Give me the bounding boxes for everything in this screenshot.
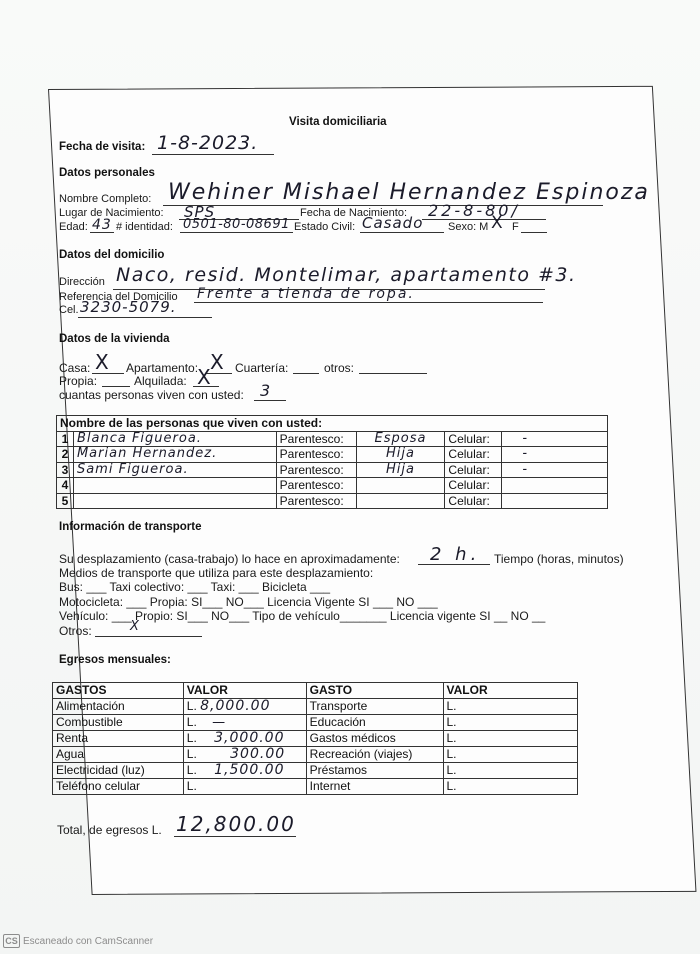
member-name[interactable] xyxy=(73,478,276,494)
currency-prefix: L. xyxy=(447,731,457,745)
household-table: Nombre de las personas que viven con ust… xyxy=(56,415,608,509)
expense-value-cell[interactable]: L. 3,000.00 xyxy=(183,730,306,746)
table-row: Teléfono celular L. Internet L. xyxy=(53,778,578,794)
currency-prefix: L. xyxy=(447,715,457,729)
domicile-heading: Datos del domicilio xyxy=(59,249,164,261)
expense-value-cell[interactable]: L. xyxy=(443,778,578,794)
expense-value-cell[interactable]: L. xyxy=(183,778,306,794)
header-valor-2: VALOR xyxy=(443,683,578,699)
expense-value-cell[interactable]: L. 8,000.00 xyxy=(183,698,306,714)
currency-prefix: L. xyxy=(187,731,197,745)
others-underline xyxy=(95,636,202,637)
apartamento-checkmark[interactable]: X xyxy=(210,352,224,372)
visit-date-value[interactable]: 1-8-2023. xyxy=(157,132,258,154)
total-value[interactable]: 12,800.00 xyxy=(176,812,296,836)
expense-item: Préstamos xyxy=(306,762,443,778)
table-row: 2 Marian Hernandez. Parentesco: Hija Cel… xyxy=(57,447,608,463)
sex-label: Sexo: M xyxy=(448,221,488,233)
age-underline xyxy=(90,232,114,233)
expenses-heading: Egresos mensuales: xyxy=(59,654,171,666)
header-valor: VALOR xyxy=(183,683,306,699)
member-relationship[interactable]: Esposa xyxy=(356,431,445,447)
scanner-watermark: CS Escaneado con CamScanner xyxy=(3,934,153,948)
sex-f-underline[interactable] xyxy=(521,232,547,233)
transport-moto-line[interactable]: Motocicleta: ___ Propia: SI___ NO___ Lic… xyxy=(59,595,438,609)
total-underline xyxy=(174,836,296,837)
table-row: Electricidad (luz) L. 1,500.00 Préstamos… xyxy=(53,762,578,778)
row-number: 1 xyxy=(57,431,74,447)
id-value[interactable]: 0501-80-08691 xyxy=(183,217,290,232)
phone-label: Celular: xyxy=(445,447,502,463)
phone-value[interactable]: 3230-5079. xyxy=(80,298,177,316)
visit-date-label: Fecha de visita: xyxy=(59,141,145,153)
expense-value-cell[interactable]: L. xyxy=(443,762,578,778)
expense-value-cell[interactable]: L. 300.00 xyxy=(183,746,306,762)
propia-label: Propia: xyxy=(59,374,97,388)
expense-item: Electricidad (luz) xyxy=(53,762,184,778)
row-number: 2 xyxy=(57,447,74,463)
expense-value-cell[interactable]: L. — xyxy=(183,714,306,730)
means-label: Medios de transporte que utiliza para es… xyxy=(59,566,373,580)
currency-prefix: L. xyxy=(447,763,457,777)
header-gastos: GASTOS xyxy=(53,683,184,699)
expense-value[interactable]: 3,000.00 xyxy=(200,730,284,746)
full-name-value[interactable]: Wehiner Mishael Hernandez Espinoza xyxy=(168,180,650,205)
relationship-label: Parentesco: xyxy=(276,478,356,494)
currency-prefix: L. xyxy=(187,747,197,761)
expense-value-cell[interactable]: L. xyxy=(443,730,578,746)
total-label: Total, de egresos L. xyxy=(57,823,162,837)
civil-status-value[interactable]: Casado xyxy=(362,214,423,232)
transport-bus-line[interactable]: Bus: ___ Taxi colectivo: ___ Taxi: ___ B… xyxy=(59,580,330,594)
otros-underline[interactable] xyxy=(359,373,427,374)
form-title: Visita domiciliaria xyxy=(289,116,387,128)
phone-label: Celular: xyxy=(445,478,502,494)
expense-value[interactable]: — xyxy=(200,715,226,730)
age-value[interactable]: 43 xyxy=(92,217,112,233)
expense-item: Combustible xyxy=(53,714,184,730)
expense-value[interactable]: 8,000.00 xyxy=(200,698,270,714)
otros-label: otros: xyxy=(324,361,354,375)
household-header: Nombre de las personas que viven con ust… xyxy=(57,416,608,432)
alquilada-underline xyxy=(193,386,219,387)
personal-heading: Datos personales xyxy=(59,167,155,179)
age-label: Edad: xyxy=(59,221,88,233)
expense-item: Transporte xyxy=(306,698,443,714)
others-value[interactable]: X xyxy=(130,619,140,634)
expense-value[interactable]: 1,500.00 xyxy=(200,762,284,778)
member-name[interactable] xyxy=(73,493,276,509)
header-gasto: GASTO xyxy=(306,683,443,699)
people-count-underline xyxy=(254,400,286,401)
full-name-label: Nombre Completo: xyxy=(59,193,151,205)
member-phone[interactable]: - xyxy=(502,462,608,478)
row-number: 3 xyxy=(57,462,74,478)
currency-prefix: L. xyxy=(187,699,197,713)
currency-prefix: L. xyxy=(187,763,197,777)
alquilada-checkmark[interactable]: X xyxy=(197,367,211,387)
sex-m-checkmark[interactable]: X xyxy=(491,215,503,232)
row-number: 4 xyxy=(57,478,74,494)
phone-label: Celular: xyxy=(445,462,502,478)
sex-f-label: F xyxy=(512,221,519,233)
member-name[interactable]: Marian Hernandez. xyxy=(73,447,276,463)
phone-label: Celular: xyxy=(445,431,502,447)
id-underline xyxy=(180,232,293,233)
currency-prefix: L. xyxy=(447,747,457,761)
relationship-label: Parentesco: xyxy=(276,447,356,463)
row-number: 5 xyxy=(57,493,74,509)
expense-item: Recreación (viajes) xyxy=(306,746,443,762)
table-row: 5 Parentesco: Celular: xyxy=(57,493,608,509)
expense-item: Internet xyxy=(306,778,443,794)
phone-underline xyxy=(78,317,212,318)
member-relationship[interactable] xyxy=(356,478,445,494)
expense-value-cell[interactable]: L. xyxy=(443,714,578,730)
expense-item: Educación xyxy=(306,714,443,730)
expenses-table: GASTOS VALOR GASTO VALOR Alimentación L.… xyxy=(52,682,578,795)
member-relationship[interactable]: Hija xyxy=(356,447,445,463)
casa-label: Casa: xyxy=(59,361,90,375)
apartamento-label: Apartamento: xyxy=(126,361,198,375)
civil-status-label: Estado Civil: xyxy=(294,221,355,233)
member-phone[interactable]: - xyxy=(502,431,608,447)
currency-prefix: L. xyxy=(187,779,197,793)
address-label: Dirección xyxy=(59,276,105,288)
table-row: 3 Sami Figueroa. Parentesco: Hija Celula… xyxy=(57,462,608,478)
relationship-label: Parentesco: xyxy=(276,462,356,478)
id-label: # identidad: xyxy=(116,221,173,233)
member-name[interactable]: Blanca Figueroa. xyxy=(73,431,276,447)
people-count-label: cuantas personas viven con usted: xyxy=(59,388,244,402)
member-relationship[interactable] xyxy=(356,493,445,509)
relationship-label: Parentesco: xyxy=(276,493,356,509)
member-name[interactable]: Sami Figueroa. xyxy=(73,462,276,478)
currency-prefix: L. xyxy=(187,715,197,729)
relationship-label: Parentesco: xyxy=(276,431,356,447)
commute-value[interactable]: 2 h. xyxy=(430,544,480,565)
expense-value-cell[interactable]: L. xyxy=(443,746,578,762)
visit-date-underline xyxy=(152,154,274,155)
commute-suffix: Tiempo (horas, minutos) xyxy=(494,552,624,566)
form-content: Visita domiciliaria Fecha de visita: 1-8… xyxy=(0,0,700,954)
others-label: Otros: xyxy=(59,624,92,638)
commute-label: Su desplazamiento (casa-trabajo) lo hace… xyxy=(59,552,400,566)
housing-heading: Datos de la vivienda xyxy=(59,333,170,345)
birthdate-value[interactable]: 22-8-80/ xyxy=(428,201,520,220)
people-count-value[interactable]: 3 xyxy=(260,381,271,400)
cuarteria-underline[interactable] xyxy=(293,373,319,374)
household-header-row: Nombre de las personas que viven con ust… xyxy=(57,416,608,432)
table-row: Agua L. 300.00 Recreación (viajes) L. xyxy=(53,746,578,762)
camscanner-logo-icon: CS xyxy=(3,934,20,948)
expenses-header-row: GASTOS VALOR GASTO VALOR xyxy=(53,683,578,699)
cuarteria-label: Cuartería: xyxy=(235,361,288,375)
transport-heading: Información de transporte xyxy=(59,521,202,533)
commute-underline xyxy=(418,564,490,565)
civil-status-underline xyxy=(360,232,444,233)
table-row: 4 Parentesco: Celular: xyxy=(57,478,608,494)
full-name-underline xyxy=(163,205,603,206)
currency-prefix: L. xyxy=(447,699,457,713)
table-row: Combustible L. — Educación L. xyxy=(53,714,578,730)
expense-item: Gastos médicos xyxy=(306,730,443,746)
member-phone[interactable] xyxy=(502,493,608,509)
table-row: Alimentación L. 8,000.00 Transporte L. xyxy=(53,698,578,714)
casa-checkmark[interactable]: X xyxy=(95,352,109,372)
expense-item: Renta xyxy=(53,730,184,746)
reference-underline xyxy=(194,302,543,303)
watermark-text: Escaneado con CamScanner xyxy=(23,936,153,947)
alquilada-label: Alquilada: xyxy=(134,374,187,388)
member-relationship[interactable]: Hija xyxy=(356,462,445,478)
expense-value-cell[interactable]: L. xyxy=(443,698,578,714)
currency-prefix: L. xyxy=(447,779,457,793)
scanned-page: Visita domiciliaria Fecha de visita: 1-8… xyxy=(0,0,700,954)
expense-value[interactable]: 300.00 xyxy=(200,746,285,762)
phone-label: Cel. xyxy=(59,304,79,316)
birthdate-underline xyxy=(422,219,546,220)
member-phone[interactable] xyxy=(502,478,608,494)
expense-item: Agua xyxy=(53,746,184,762)
phone-label: Celular: xyxy=(445,493,502,509)
table-row: 1 Blanca Figueroa. Parentesco: Esposa Ce… xyxy=(57,431,608,447)
table-row: Renta L. 3,000.00 Gastos médicos L. xyxy=(53,730,578,746)
expense-item: Alimentación xyxy=(53,698,184,714)
propia-underline[interactable] xyxy=(102,386,130,387)
address-value[interactable]: Naco, resid. Montelimar, apartamento #3. xyxy=(116,264,577,286)
reference-value[interactable]: Frente a tienda de ropa. xyxy=(197,286,415,302)
member-phone[interactable]: - xyxy=(502,447,608,463)
expense-value-cell[interactable]: L. 1,500.00 xyxy=(183,762,306,778)
expense-item: Teléfono celular xyxy=(53,778,184,794)
